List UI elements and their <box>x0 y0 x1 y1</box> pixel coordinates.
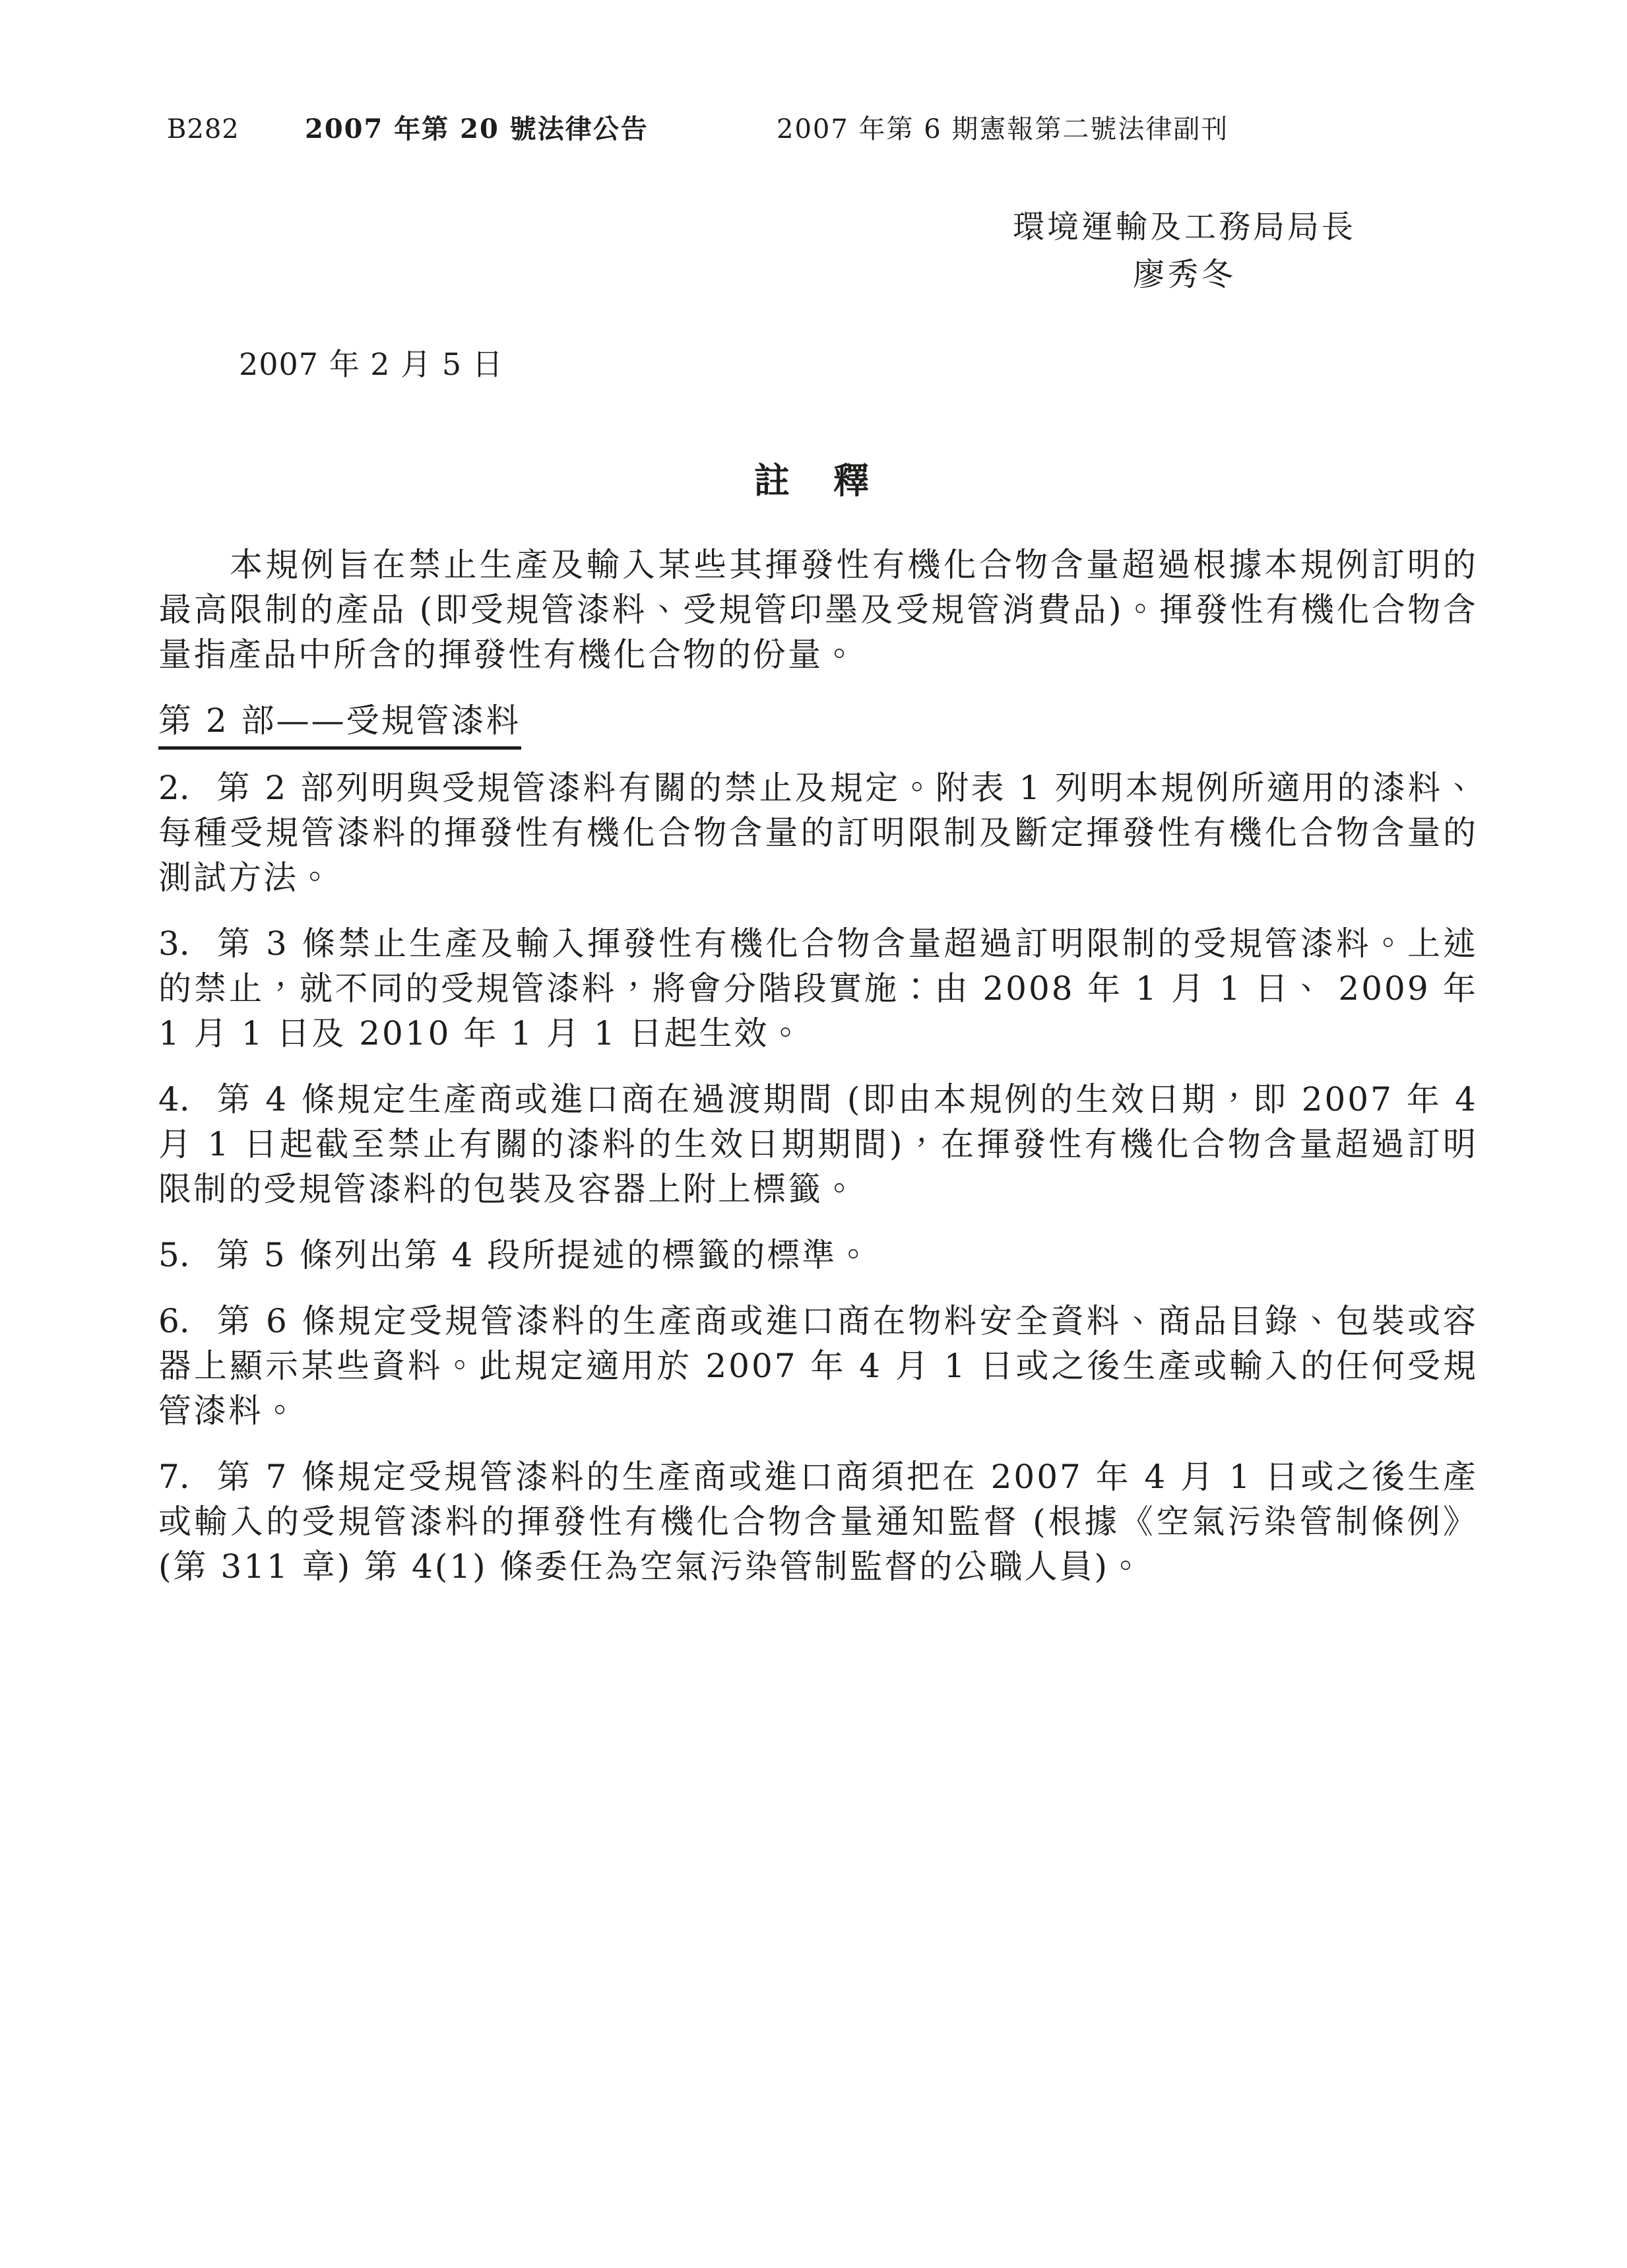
signatory-title: 環境運輸及工務局局長 <box>983 203 1386 251</box>
section-heading: 第 2 部——受規管漆料 <box>158 698 1478 743</box>
legal-notice-number: 2007 年第 20 號法律公告 <box>305 113 649 145</box>
intro-paragraph: 本規例旨在禁止生產及輸入某些其揮發性有機化合物含量超過根據本規例訂明的最高限制的… <box>158 542 1478 677</box>
gazette-issue-title: 2007 年第 6 期憲報第二號法律副刊 <box>777 113 1228 145</box>
page-header: B282 2007 年第 20 號法律公告 2007 年第 6 期憲報第二號法律… <box>0 113 1627 150</box>
signature-block: 環境運輸及工務局局長 廖秀冬 <box>983 203 1386 298</box>
paragraph-number: 6. <box>158 1299 216 1344</box>
paragraph-text: 第 4 條規定生產商或進口商在過渡期間 (即由本規例的生效日期，即 2007 年… <box>158 1080 1478 1208</box>
note-paragraph-7: 7.第 7 條規定受規管漆料的生產商或進口商須把在 2007 年 4 月 1 日… <box>158 1454 1478 1589</box>
explanatory-note-title: 註 釋 <box>0 453 1627 503</box>
paragraph-text: 第 6 條規定受規管漆料的生產商或進口商在物料安全資料、商品目錄、包裝或容器上顯… <box>158 1302 1478 1430</box>
note-body: 本規例旨在禁止生產及輸入某些其揮發性有機化合物含量超過根據本規例訂明的最高限制的… <box>158 542 1478 1610</box>
note-paragraph-4: 4.第 4 條規定生產商或進口商在過渡期間 (即由本規例的生效日期，即 2007… <box>158 1077 1478 1212</box>
note-paragraph-3: 3.第 3 條禁止生產及輸入揮發性有機化合物含量超過訂明限制的受規管漆料。上述的… <box>158 921 1478 1056</box>
paragraph-text: 第 2 部列明與受規管漆料有關的禁止及規定。附表 1 列明本規例所適用的漆料、每… <box>158 769 1478 897</box>
date-line: 2007 年 2 月 5 日 <box>239 340 503 384</box>
paragraph-text: 第 7 條規定受規管漆料的生產商或進口商須把在 2007 年 4 月 1 日或之… <box>158 1458 1478 1586</box>
paragraph-number: 7. <box>158 1454 216 1499</box>
paragraph-number: 2. <box>158 765 216 810</box>
note-paragraph-6: 6.第 6 條規定受規管漆料的生產商或進口商在物料安全資料、商品目錄、包裝或容器… <box>158 1299 1478 1433</box>
paragraph-number: 5. <box>158 1233 216 1278</box>
note-paragraph-5: 5.第 5 條列出第 4 段所提述的標籤的標準。 <box>158 1233 1478 1278</box>
gazette-page: B282 2007 年第 20 號法律公告 2007 年第 6 期憲報第二號法律… <box>0 0 1627 2268</box>
paragraph-number: 4. <box>158 1077 216 1122</box>
section-heading-text: 第 2 部——受規管漆料 <box>158 701 521 750</box>
paragraph-text: 第 3 條禁止生產及輸入揮發性有機化合物含量超過訂明限制的受規管漆料。上述的禁止… <box>158 924 1478 1053</box>
signatory-name: 廖秀冬 <box>983 251 1386 298</box>
paragraph-number: 3. <box>158 921 216 966</box>
paragraph-text: 第 5 條列出第 4 段所提述的標籤的標準。 <box>216 1236 872 1274</box>
note-paragraph-2: 2.第 2 部列明與受規管漆料有關的禁止及規定。附表 1 列明本規例所適用的漆料… <box>158 765 1478 900</box>
page-number: B282 <box>167 113 239 145</box>
